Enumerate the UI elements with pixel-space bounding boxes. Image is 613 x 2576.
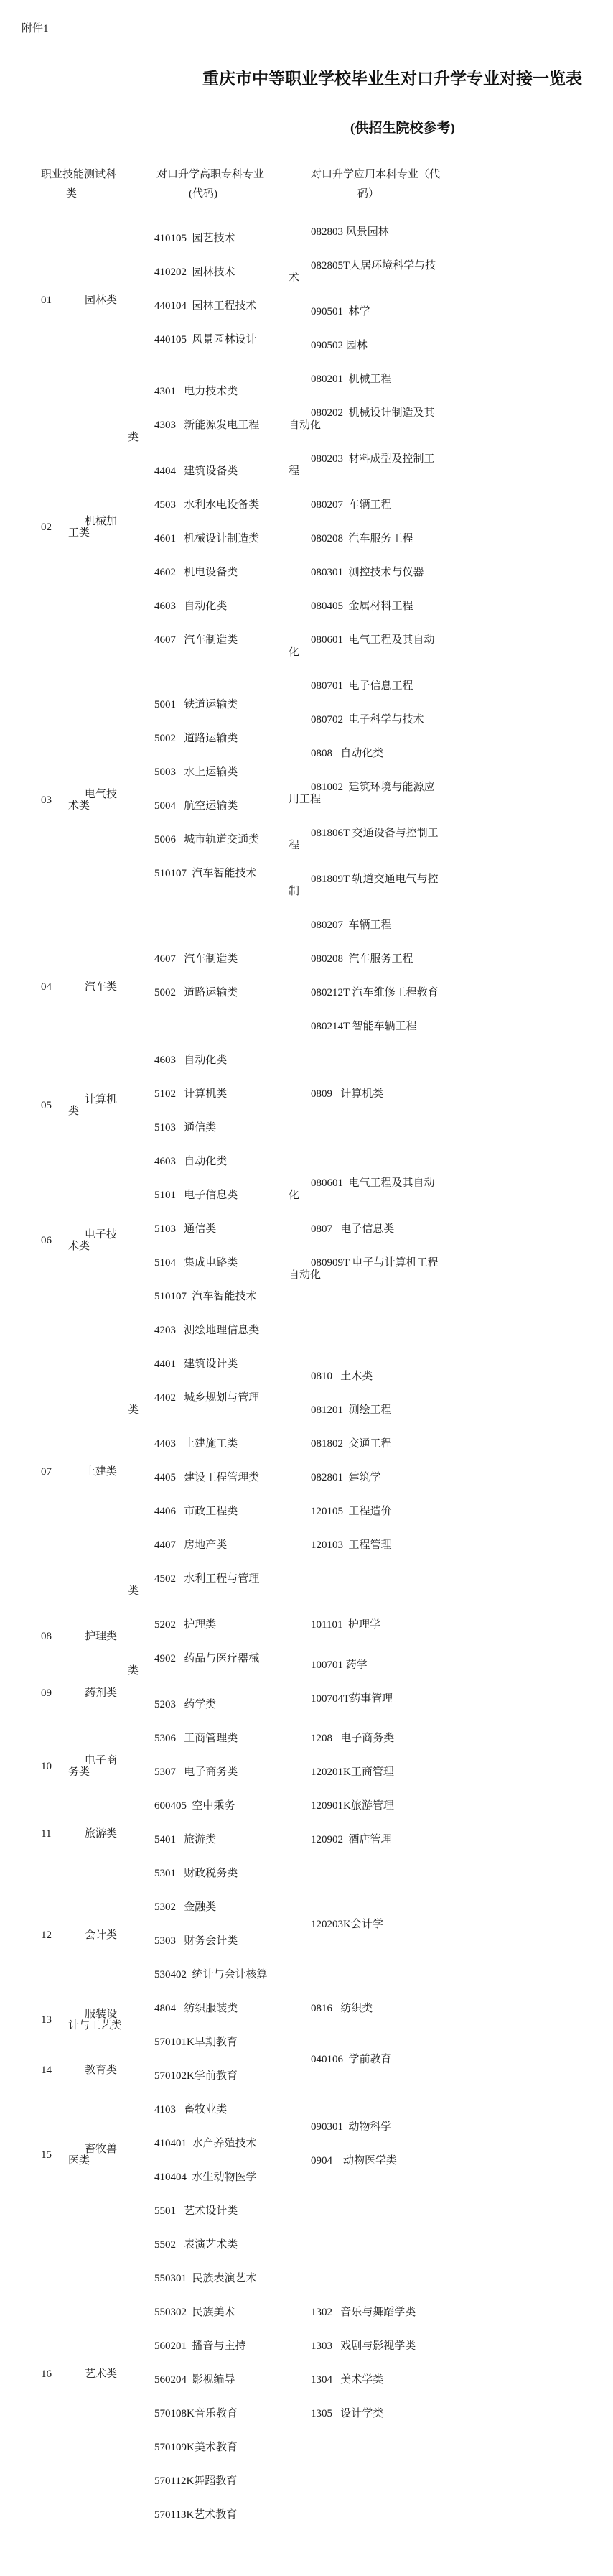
bachelor-major-item-line: 0807 电子信息类 bbox=[311, 1223, 613, 1236]
college-major-item: 4405 建设工程管理类 bbox=[128, 1472, 289, 1506]
bachelor-major-item: 120203K会计学 bbox=[289, 1919, 613, 1952]
college-major-item: 4603 自动化类 bbox=[128, 601, 289, 634]
bachelor-major-item-line: 090502 园林 bbox=[311, 340, 613, 352]
college-major-cell: 5301 财政税务类5302 金融类5303 财务会计类530402 统计与会计… bbox=[128, 1868, 289, 2003]
category-name: 药剂类 bbox=[68, 1687, 128, 1699]
bachelor-major-item: 082801 建筑学 bbox=[289, 1472, 613, 1506]
bachelor-major-item-line: 040106 学前教育 bbox=[311, 2054, 613, 2066]
category-line: 务类 bbox=[68, 1766, 128, 1778]
college-major-item: 440104 园林工程技术 bbox=[128, 300, 289, 334]
college-major-item-line: 5003 水上运输类 bbox=[154, 766, 289, 779]
college-major-item-line: 560201 播音与主持 bbox=[154, 2340, 289, 2353]
table-row: 04汽车类4607 汽车制造类5002 道路运输类080207 车辆工程0802… bbox=[0, 919, 613, 1055]
college-major-cell: 410105 园艺技术410202 园林技术440104 园林工程技术44010… bbox=[128, 233, 289, 368]
bachelor-major-item-line: 082803 风景园林 bbox=[311, 226, 613, 238]
category-line: 电子商 bbox=[85, 1755, 128, 1766]
category-line: 机械加 bbox=[85, 516, 128, 527]
table-row: 06电子技术类4603 自动化类5101 电子信息类5103 通信类5104 集… bbox=[0, 1156, 613, 1325]
college-major-cell: 4603 自动化类5101 电子信息类5103 通信类5104 集成电路类510… bbox=[128, 1156, 289, 1325]
college-major-item: 4607 汽车制造类 bbox=[128, 634, 289, 668]
category-cell: 02机械加工类 bbox=[0, 516, 128, 539]
college-major-item: 5202 护理类 bbox=[128, 1619, 289, 1653]
college-major-item-line: 5101 电子信息类 bbox=[154, 1190, 289, 1202]
bachelor-major-item: 120201K工商管理 bbox=[289, 1766, 613, 1800]
college-major-item-line: 4502 水利工程与管理 bbox=[154, 1573, 289, 1585]
bachelor-major-item: 080702 电子科学与技术 bbox=[289, 714, 613, 748]
college-major-item-line: 4103 畜牧业类 bbox=[154, 2104, 289, 2116]
college-major-item: 5103 通信类 bbox=[128, 1223, 289, 1257]
category-line: 艺术类 bbox=[85, 2368, 128, 2380]
college-major-cell: 4103 畜牧业类410401 水产养殖技术410404 水生动物医学 bbox=[128, 2104, 289, 2205]
bachelor-major-item: 120902 酒店管理 bbox=[289, 1834, 613, 1868]
college-major-item-line: 4601 机械设计制造类 bbox=[154, 533, 289, 545]
row-number: 16 bbox=[41, 2368, 57, 2380]
bachelor-major-item: 080601 电气工程及其自动化 bbox=[289, 1177, 613, 1223]
bachelor-major-item-line: 082801 建筑学 bbox=[311, 1472, 613, 1484]
college-major-item: 410105 园艺技术 bbox=[128, 233, 289, 267]
college-major-item-line: 570113K艺术教育 bbox=[154, 2509, 289, 2521]
college-major-item: 4502 水利工程与管理类 bbox=[128, 1573, 289, 1619]
college-major-item-line: 600405 空中乘务 bbox=[154, 1800, 289, 1812]
college-major-item-line: 4402 城乡规划与管理 bbox=[154, 1392, 289, 1404]
bachelor-major-item: 080212T 汽车维修工程教育 bbox=[289, 987, 613, 1021]
college-major-item: 570101K早期教育 bbox=[128, 2037, 289, 2070]
college-major-item: 5103 通信类 bbox=[128, 1122, 289, 1156]
college-major-item: 510107 汽车智能技术 bbox=[128, 868, 289, 902]
category-line: 汽车类 bbox=[85, 981, 128, 993]
bachelor-major-item: 080201 机械工程 bbox=[289, 374, 613, 407]
college-major-item-line: 4407 房地产类 bbox=[154, 1539, 289, 1552]
bachelor-major-item-line: 081809T 轨道交通电气与控 bbox=[311, 874, 613, 886]
bachelor-major-item-line: 081802 交通工程 bbox=[311, 1438, 613, 1450]
column-header-bachelor-major: 对口升学应用本科专业（代 bbox=[311, 166, 440, 181]
bachelor-major-item: 1305 设计学类 bbox=[289, 2408, 613, 2442]
college-major-item-line: 440104 园林工程技术 bbox=[154, 300, 289, 312]
college-major-item-line: 4203 测绘地理信息类 bbox=[154, 1325, 289, 1337]
column-header-test-category: 职业技能测试科 bbox=[41, 166, 116, 181]
table-row: 11旅游类600405 空中乘务5401 旅游类120901K旅游管理12090… bbox=[0, 1800, 613, 1868]
bachelor-major-item: 0904 动物医学类 bbox=[289, 2155, 613, 2189]
bachelor-major-item-line: 100701 药学 bbox=[311, 1659, 613, 1672]
college-major-item: 570112K舞蹈教育 bbox=[128, 2475, 289, 2509]
column-header-test-category-wrap: 类 bbox=[66, 185, 77, 200]
college-major-item: 510107 汽车智能技术 bbox=[128, 1291, 289, 1325]
bachelor-major-item-line: 080208 汽车服务工程 bbox=[311, 953, 613, 965]
college-major-cell: 5306 工商管理类5307 电子商务类 bbox=[128, 1733, 289, 1800]
table-row: 15畜牧兽医类4103 畜牧业类410401 水产养殖技术410404 水生动物… bbox=[0, 2104, 613, 2205]
category-name: 旅游类 bbox=[68, 1828, 128, 1840]
college-major-cell: 570101K早期教育570102K学前教育 bbox=[128, 2037, 289, 2104]
bachelor-major-item: 0810 土木类 bbox=[289, 1371, 613, 1404]
category-cell: 07土建类 bbox=[0, 1466, 128, 1478]
bachelor-major-item-line: 080909T 电子与计算机工程 bbox=[311, 1257, 613, 1269]
college-major-item-line: 530402 统计与会计核算 bbox=[154, 1969, 289, 1981]
row-number: 14 bbox=[41, 2065, 57, 2076]
college-major-item-line: 4602 机电设备类 bbox=[154, 567, 289, 579]
category-cell: 12会计类 bbox=[0, 1929, 128, 1941]
row-number: 09 bbox=[41, 1687, 57, 1699]
college-major-cell: 600405 空中乘务5401 旅游类 bbox=[128, 1800, 289, 1868]
bachelor-major-item-line: 080702 电子科学与技术 bbox=[311, 714, 613, 726]
college-major-item-line: 560204 影视编导 bbox=[154, 2374, 289, 2386]
bachelor-major-item: 100701 药学 bbox=[289, 1659, 613, 1693]
college-major-item: 410401 水产养殖技术 bbox=[128, 2138, 289, 2172]
category-name: 电子技术类 bbox=[68, 1229, 128, 1252]
bachelor-major-item-line: 080208 汽车服务工程 bbox=[311, 533, 613, 545]
bachelor-major-item-line: 120105 工程造价 bbox=[311, 1506, 613, 1518]
bachelor-major-item: 080202 机械设计制造及其自动化 bbox=[289, 407, 613, 453]
category-name: 电气技术类 bbox=[68, 789, 128, 812]
category-line: 术类 bbox=[68, 1241, 128, 1252]
college-major-item: 5006 城市轨道交通类 bbox=[128, 834, 289, 868]
category-name: 畜牧兽医类 bbox=[68, 2144, 128, 2167]
college-major-item: 550302 民族美术 bbox=[128, 2307, 289, 2340]
category-cell: 03电气技术类 bbox=[0, 789, 128, 812]
category-name: 电子商务类 bbox=[68, 1755, 128, 1778]
college-major-cell: 4603 自动化类5102 计算机类5103 通信类 bbox=[128, 1055, 289, 1156]
bachelor-major-item-line: 101101 护理学 bbox=[311, 1619, 613, 1631]
bachelor-major-item: 080701 电子信息工程 bbox=[289, 680, 613, 714]
bachelor-major-item: 101101 护理学 bbox=[289, 1619, 613, 1653]
bachelor-major-item: 0816 纺织类 bbox=[289, 2003, 613, 2037]
table-row: 10电子商务类5306 工商管理类5307 电子商务类1208 电子商务类120… bbox=[0, 1733, 613, 1800]
bachelor-major-cell: 120901K旅游管理120902 酒店管理 bbox=[289, 1800, 613, 1868]
category-line: 电子技 bbox=[85, 1229, 128, 1241]
bachelor-major-item-line: 用工程 bbox=[289, 794, 613, 806]
college-major-item-line: 4405 建设工程管理类 bbox=[154, 1472, 289, 1484]
bachelor-major-item-line: 制 bbox=[289, 886, 613, 898]
row-number: 11 bbox=[41, 1828, 57, 1840]
column-header-bachelor-major-wrap: 码） bbox=[357, 185, 379, 200]
bachelor-major-item: 0808 自动化类 bbox=[289, 748, 613, 782]
college-major-item-line: 类 bbox=[128, 1404, 289, 1417]
bachelor-major-item-line: 080212T 汽车维修工程教育 bbox=[311, 987, 613, 999]
bachelor-major-item-line: 081201 测绘工程 bbox=[311, 1404, 613, 1417]
bachelor-major-item: 080301 测控技术与仪器 bbox=[289, 567, 613, 601]
category-name: 会计类 bbox=[68, 1929, 128, 1941]
college-major-item-line: 4303 新能源发电工程 bbox=[154, 420, 289, 432]
college-major-item-line: 类 bbox=[128, 432, 289, 444]
college-major-item: 410404 水生动物医学 bbox=[128, 2172, 289, 2205]
college-major-item: 5307 电子商务类 bbox=[128, 1766, 289, 1800]
bachelor-major-item: 081806T 交通设备与控制工程 bbox=[289, 828, 613, 874]
row-number: 13 bbox=[41, 2014, 57, 2026]
bachelor-major-cell: 080601 电气工程及其自动化0807 电子信息类080909T 电子与计算机… bbox=[289, 1177, 613, 1303]
college-major-item: 530402 统计与会计核算 bbox=[128, 1969, 289, 2003]
college-major-cell: 4902 药品与医疗器械类5203 药学类 bbox=[128, 1653, 289, 1733]
category-name: 艺术类 bbox=[68, 2368, 128, 2380]
bachelor-major-cell: 1302 音乐与舞蹈学类1303 戏剧与影视学类1304 美术学类1305 设计… bbox=[289, 2307, 613, 2442]
row-number: 10 bbox=[41, 1761, 57, 1772]
bachelor-major-item: 120105 工程造价 bbox=[289, 1506, 613, 1539]
bachelor-major-item: 1302 音乐与舞蹈学类 bbox=[289, 2307, 613, 2340]
college-major-item-line: 510107 汽车智能技术 bbox=[154, 1291, 289, 1303]
college-major-item-line: 5302 金融类 bbox=[154, 1901, 289, 1914]
category-cell: 08护理类 bbox=[0, 1631, 128, 1642]
college-major-item: 4407 房地产类 bbox=[128, 1539, 289, 1573]
bachelor-major-item-line: 化 bbox=[289, 647, 613, 659]
college-major-item-line: 570112K舞蹈教育 bbox=[154, 2475, 289, 2488]
bachelor-major-item-line: 自动化 bbox=[289, 420, 613, 432]
column-header-college-major-wrap: (代码) bbox=[189, 185, 217, 200]
bachelor-major-cell: 101101 护理学 bbox=[289, 1619, 613, 1653]
college-major-item-line: 570109K美术教育 bbox=[154, 2442, 289, 2454]
row-number: 03 bbox=[41, 794, 57, 806]
category-line: 医类 bbox=[68, 2155, 128, 2167]
bachelor-major-cell: 080701 电子信息工程080702 电子科学与技术0808 自动化类0810… bbox=[289, 680, 613, 919]
table-row: 01园林类410105 园艺技术410202 园林技术440104 园林工程技术… bbox=[0, 226, 613, 374]
bachelor-major-item: 081809T 轨道交通电气与控制 bbox=[289, 874, 613, 919]
college-major-item: 570109K美术教育 bbox=[128, 2442, 289, 2475]
bachelor-major-item: 120103 工程管理 bbox=[289, 1539, 613, 1573]
category-line: 计算机 bbox=[85, 1094, 128, 1106]
college-major-item-line: 5002 道路运输类 bbox=[154, 733, 289, 745]
category-name: 园林类 bbox=[68, 295, 128, 306]
college-major-item: 4203 测绘地理信息类 bbox=[128, 1325, 289, 1358]
category-line: 计与工艺类 bbox=[68, 2020, 128, 2031]
category-cell: 15畜牧兽医类 bbox=[0, 2144, 128, 2167]
bachelor-major-item-line: 080203 材料成型及控制工 bbox=[311, 453, 613, 465]
bachelor-major-item-line: 080207 车辆工程 bbox=[311, 919, 613, 932]
college-major-item-line: 4406 市政工程类 bbox=[154, 1506, 289, 1518]
college-major-item-line: 4902 药品与医疗器械 bbox=[154, 1653, 289, 1665]
college-major-item-line: 5104 集成电路类 bbox=[154, 1257, 289, 1269]
column-header-college-major: 对口升学高职专科专业 bbox=[156, 166, 264, 181]
table-row: 05计算机类4603 自动化类5102 计算机类5103 通信类0809 计算机… bbox=[0, 1055, 613, 1156]
bachelor-major-item: 080405 金属材料工程 bbox=[289, 601, 613, 634]
table-body: 01园林类410105 园艺技术410202 园林技术440104 园林工程技术… bbox=[0, 226, 613, 2543]
category-line: 药剂类 bbox=[85, 1687, 128, 1699]
college-major-item: 5301 财政税务类 bbox=[128, 1868, 289, 1901]
row-number: 08 bbox=[41, 1631, 57, 1642]
college-major-item-line: 510107 汽车智能技术 bbox=[154, 868, 289, 880]
page-title: 重庆市中等职业学校毕业生对口升学专业对接一览表 bbox=[202, 65, 582, 89]
bachelor-major-item-line: 120901K旅游管理 bbox=[311, 1800, 613, 1812]
college-major-item: 4603 自动化类 bbox=[128, 1055, 289, 1088]
table-row: 16艺术类5501 艺术设计类5502 表演艺术类550301 民族表演艺术55… bbox=[0, 2205, 613, 2543]
college-major-item: 5306 工商管理类 bbox=[128, 1733, 289, 1766]
college-major-item: 5303 财务会计类 bbox=[128, 1935, 289, 1969]
bachelor-major-item: 090502 园林 bbox=[289, 340, 613, 374]
bachelor-major-item-line: 081806T 交通设备与控制工 bbox=[311, 828, 613, 840]
college-major-item-line: 550301 民族表演艺术 bbox=[154, 2273, 289, 2285]
bachelor-major-item: 081802 交通工程 bbox=[289, 1438, 613, 1472]
attachment-label: 附件1 bbox=[22, 20, 49, 35]
bachelor-major-item: 081201 测绘工程 bbox=[289, 1404, 613, 1438]
college-major-item: 5003 水上运输类 bbox=[128, 766, 289, 800]
category-cell: 11旅游类 bbox=[0, 1828, 128, 1840]
college-major-item: 4301 电力技术类 bbox=[128, 386, 289, 420]
bachelor-major-cell: 100701 药学100704T药事管理 bbox=[289, 1659, 613, 1727]
college-major-item-line: 5001 铁道运输类 bbox=[154, 699, 289, 711]
bachelor-major-cell: 120203K会计学 bbox=[289, 1919, 613, 1952]
bachelor-major-item-line: 080202 机械设计制造及其 bbox=[311, 407, 613, 420]
college-major-item: 5001 铁道运输类 bbox=[128, 699, 289, 733]
college-major-item: 5302 金融类 bbox=[128, 1901, 289, 1935]
college-major-item-line: 4603 自动化类 bbox=[154, 1055, 289, 1067]
row-number: 15 bbox=[41, 2149, 57, 2161]
bachelor-major-item-line: 080301 测控技术与仪器 bbox=[311, 567, 613, 579]
category-line: 土建类 bbox=[85, 1466, 128, 1478]
table-row: 14教育类570101K早期教育570102K学前教育040106 学前教育 bbox=[0, 2037, 613, 2104]
college-major-item: 5101 电子信息类 bbox=[128, 1190, 289, 1223]
bachelor-major-item-line: 1208 电子商务类 bbox=[311, 1733, 613, 1745]
college-major-item: 4601 机械设计制造类 bbox=[128, 533, 289, 567]
college-major-item: 550301 民族表演艺术 bbox=[128, 2273, 289, 2307]
row-number: 05 bbox=[41, 1100, 57, 1111]
bachelor-major-item-line: 120103 工程管理 bbox=[311, 1539, 613, 1552]
college-major-item: 5002 道路运输类 bbox=[128, 987, 289, 1021]
college-major-item-line: 4503 水利水电设备类 bbox=[154, 499, 289, 511]
category-line: 畜牧兽 bbox=[85, 2144, 128, 2155]
college-major-item-line: 4603 自动化类 bbox=[154, 601, 289, 613]
college-major-item-line: 5004 航空运输类 bbox=[154, 800, 289, 812]
bachelor-major-item-line: 120902 酒店管理 bbox=[311, 1834, 613, 1846]
college-major-item-line: 5202 护理类 bbox=[154, 1619, 289, 1631]
college-major-item-line: 4404 建筑设备类 bbox=[154, 465, 289, 478]
college-major-item: 4902 药品与医疗器械类 bbox=[128, 1653, 289, 1699]
college-major-item-line: 5502 表演艺术类 bbox=[154, 2239, 289, 2251]
bachelor-major-item-line: 0808 自动化类 bbox=[311, 748, 613, 760]
college-major-item-line: 5306 工商管理类 bbox=[154, 1733, 289, 1745]
college-major-item-line: 550302 民族美术 bbox=[154, 2307, 289, 2319]
bachelor-major-item: 082803 风景园林 bbox=[289, 226, 613, 260]
college-major-cell: 4607 汽车制造类5002 道路运输类 bbox=[128, 953, 289, 1021]
bachelor-major-cell: 0816 纺织类 bbox=[289, 2003, 613, 2037]
category-name: 护理类 bbox=[68, 1631, 128, 1642]
bachelor-major-item: 080207 车辆工程 bbox=[289, 919, 613, 953]
college-major-item-line: 4301 电力技术类 bbox=[154, 386, 289, 398]
bachelor-major-item-line: 程 bbox=[289, 465, 613, 478]
bachelor-major-item-line: 自动化 bbox=[289, 1269, 613, 1282]
college-major-item-line: 4401 建筑设计类 bbox=[154, 1358, 289, 1371]
bachelor-major-item-line: 1303 戏剧与影视学类 bbox=[311, 2340, 613, 2353]
college-major-item-line: 570102K学前教育 bbox=[154, 2070, 289, 2082]
category-line: 电气技 bbox=[85, 789, 128, 800]
college-major-item-line: 4607 汽车制造类 bbox=[154, 634, 289, 647]
college-major-item-line: 5006 城市轨道交通类 bbox=[154, 834, 289, 846]
category-name: 机械加工类 bbox=[68, 516, 128, 539]
college-major-item: 560204 影视编导 bbox=[128, 2374, 289, 2408]
category-line: 园林类 bbox=[85, 295, 128, 306]
category-cell: 05计算机类 bbox=[0, 1094, 128, 1117]
college-major-item: 440105 风景园林设计 bbox=[128, 334, 289, 368]
category-name: 计算机类 bbox=[68, 1094, 128, 1117]
college-major-item: 5004 航空运输类 bbox=[128, 800, 289, 834]
college-major-item-line: 5301 财政税务类 bbox=[154, 1868, 289, 1880]
category-line: 教育类 bbox=[85, 2065, 128, 2076]
row-number: 04 bbox=[41, 981, 57, 993]
bachelor-major-item: 081002 建筑环境与能源应用工程 bbox=[289, 782, 613, 828]
table-row: 02机械加工类4301 电力技术类4303 新能源发电工程类4404 建筑设备类… bbox=[0, 374, 613, 680]
college-major-item-line: 4607 汽车制造类 bbox=[154, 953, 289, 965]
college-major-item-line: 5401 旅游类 bbox=[154, 1834, 289, 1846]
bachelor-major-cell: 040106 学前教育 bbox=[289, 2054, 613, 2088]
bachelor-major-item: 080909T 电子与计算机工程自动化 bbox=[289, 1257, 613, 1303]
college-major-item-line: 5203 药学类 bbox=[154, 1699, 289, 1711]
college-major-item-line: 4403 土建施工类 bbox=[154, 1438, 289, 1450]
document-page: 附件1 重庆市中等职业学校毕业生对口升学专业对接一览表 (供招生院校参考) 职业… bbox=[0, 0, 613, 2576]
bachelor-major-cell: 080207 车辆工程080208 汽车服务工程080212T 汽车维修工程教育… bbox=[289, 919, 613, 1055]
college-major-item-line: 类 bbox=[128, 1665, 289, 1677]
bachelor-major-item-line: 120203K会计学 bbox=[311, 1919, 613, 1931]
bachelor-major-item-line: 程 bbox=[289, 840, 613, 852]
row-number: 07 bbox=[41, 1466, 57, 1478]
bachelor-major-item-line: 080207 车辆工程 bbox=[311, 499, 613, 511]
college-major-item: 4406 市政工程类 bbox=[128, 1506, 289, 1539]
college-major-item: 4402 城乡规划与管理类 bbox=[128, 1392, 289, 1438]
college-major-cell: 4203 测绘地理信息类4401 建筑设计类4402 城乡规划与管理类4403 … bbox=[128, 1325, 289, 1619]
college-major-item-line: 5103 通信类 bbox=[154, 1223, 289, 1236]
bachelor-major-item-line: 0816 纺织类 bbox=[311, 2003, 613, 2015]
college-major-item: 570108K音乐教育 bbox=[128, 2408, 289, 2442]
category-line: 会计类 bbox=[85, 1929, 128, 1941]
college-major-item: 5102 计算机类 bbox=[128, 1088, 289, 1122]
row-number: 02 bbox=[41, 522, 57, 533]
bachelor-major-item: 080208 汽车服务工程 bbox=[289, 533, 613, 567]
bachelor-major-item: 1208 电子商务类 bbox=[289, 1733, 613, 1766]
college-major-item: 4103 畜牧业类 bbox=[128, 2104, 289, 2138]
college-major-item: 570113K艺术教育 bbox=[128, 2509, 289, 2543]
bachelor-major-item: 080208 汽车服务工程 bbox=[289, 953, 613, 987]
bachelor-major-item-line: 080701 电子信息工程 bbox=[311, 680, 613, 692]
bachelor-major-item: 080203 材料成型及控制工程 bbox=[289, 453, 613, 499]
college-major-item: 5502 表演艺术类 bbox=[128, 2239, 289, 2273]
table-row: 12会计类5301 财政税务类5302 金融类5303 财务会计类530402 … bbox=[0, 1868, 613, 2003]
college-major-item-line: 类 bbox=[128, 1585, 289, 1598]
college-major-item: 5501 艺术设计类 bbox=[128, 2205, 289, 2239]
bachelor-major-item: 0807 电子信息类 bbox=[289, 1223, 613, 1257]
college-major-item-line: 5501 艺术设计类 bbox=[154, 2205, 289, 2218]
bachelor-major-item: 040106 学前教育 bbox=[289, 2054, 613, 2088]
college-major-cell: 5501 艺术设计类5502 表演艺术类550301 民族表演艺术550302 … bbox=[128, 2205, 289, 2543]
bachelor-major-cell: 0810 土木类081201 测绘工程081802 交通工程082801 建筑学… bbox=[289, 1371, 613, 1573]
bachelor-major-item-line: 080405 金属材料工程 bbox=[311, 601, 613, 613]
college-major-cell: 4301 电力技术类4303 新能源发电工程类4404 建筑设备类4503 水利… bbox=[128, 386, 289, 668]
college-major-item-line: 5307 电子商务类 bbox=[154, 1766, 289, 1779]
category-cell: 09药剂类 bbox=[0, 1687, 128, 1699]
category-line: 旅游类 bbox=[85, 1828, 128, 1840]
college-major-item: 4503 水利水电设备类 bbox=[128, 499, 289, 533]
category-name: 土建类 bbox=[68, 1466, 128, 1478]
bachelor-major-item: 120901K旅游管理 bbox=[289, 1800, 613, 1834]
category-line: 护理类 bbox=[85, 1631, 128, 1642]
college-major-item-line: 5303 财务会计类 bbox=[154, 1935, 289, 1947]
bachelor-major-item-line: 术 bbox=[289, 272, 613, 284]
bachelor-major-item: 100704T药事管理 bbox=[289, 1693, 613, 1727]
row-number: 12 bbox=[41, 1929, 57, 1941]
college-major-item: 5401 旅游类 bbox=[128, 1834, 289, 1868]
college-major-item: 4804 纺织服装类 bbox=[128, 2003, 289, 2037]
bachelor-major-cell: 080201 机械工程080202 机械设计制造及其自动化080203 材料成型… bbox=[289, 374, 613, 680]
bachelor-major-item: 080207 车辆工程 bbox=[289, 499, 613, 533]
college-major-cell: 4804 纺织服装类 bbox=[128, 2003, 289, 2037]
category-line: 术类 bbox=[68, 800, 128, 812]
college-major-item: 4607 汽车制造类 bbox=[128, 953, 289, 987]
college-major-item-line: 5103 通信类 bbox=[154, 1122, 289, 1134]
bachelor-major-item-line: 1305 设计学类 bbox=[311, 2408, 613, 2420]
bachelor-major-item: 080601 电气工程及其自动化 bbox=[289, 634, 613, 680]
college-major-item-line: 4804 纺织服装类 bbox=[154, 2003, 289, 2015]
college-major-item: 4404 建筑设备类 bbox=[128, 465, 289, 499]
table-row: 08护理类5202 护理类101101 护理学 bbox=[0, 1619, 613, 1653]
table-row: 07土建类4203 测绘地理信息类4401 建筑设计类4402 城乡规划与管理类… bbox=[0, 1325, 613, 1619]
bachelor-major-item: 082805T人居环境科学与技术 bbox=[289, 260, 613, 306]
bachelor-major-item-line: 化 bbox=[289, 1190, 613, 1202]
category-cell: 04汽车类 bbox=[0, 981, 128, 993]
category-cell: 16艺术类 bbox=[0, 2368, 128, 2380]
college-major-item-line: 5002 道路运输类 bbox=[154, 987, 289, 999]
